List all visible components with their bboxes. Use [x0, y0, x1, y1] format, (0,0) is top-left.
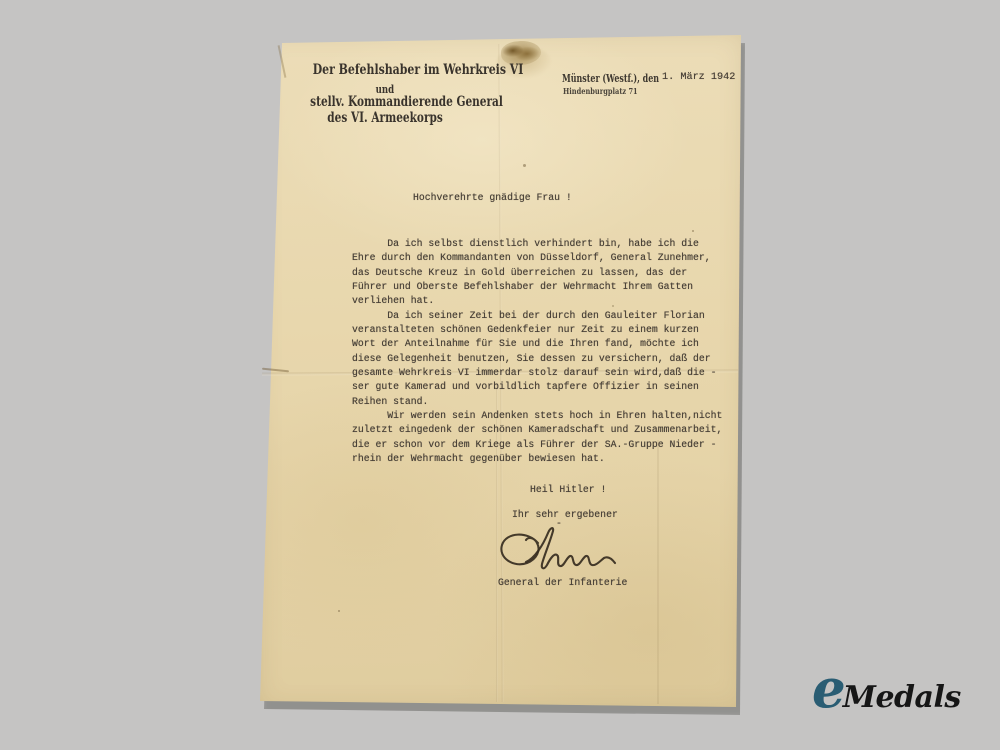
dateline-place: Münster (Westf.), den	[562, 72, 659, 85]
photo-of-letter: Der Befehlshaber im Wehrkreis VI und ste…	[0, 0, 1000, 750]
signature-scrawl	[494, 523, 622, 579]
letterhead-line-1: Der Befehlshaber im Wehrkreis VI	[283, 63, 487, 78]
paper-speck	[523, 164, 526, 167]
emedals-logo: e Medals	[812, 664, 961, 716]
closing-heil: Heil Hitler !	[530, 484, 606, 495]
letterhead-line-3: stellv. Kommandierende General	[283, 95, 487, 110]
signer-title: General der Infanterie	[498, 577, 627, 588]
vertical-crease-right	[657, 440, 659, 704]
dateline-date: 1. März 1942	[662, 72, 735, 83]
valediction: Ihr sehr ergebener	[512, 509, 618, 520]
paper-speck	[692, 230, 694, 232]
emedals-logo-e: e	[812, 664, 846, 714]
paper-speck	[338, 610, 340, 612]
dateline-address: Hindenburgplatz 71	[563, 87, 638, 97]
emedals-logo-text: Medals	[843, 680, 961, 715]
letterhead-line-4: des VI. Armeekorps	[283, 111, 487, 126]
salutation: Hochverehrte gnädige Frau !	[413, 192, 572, 203]
letter-body: Da ich selbst dienstlich verhindert bin,…	[352, 237, 722, 467]
